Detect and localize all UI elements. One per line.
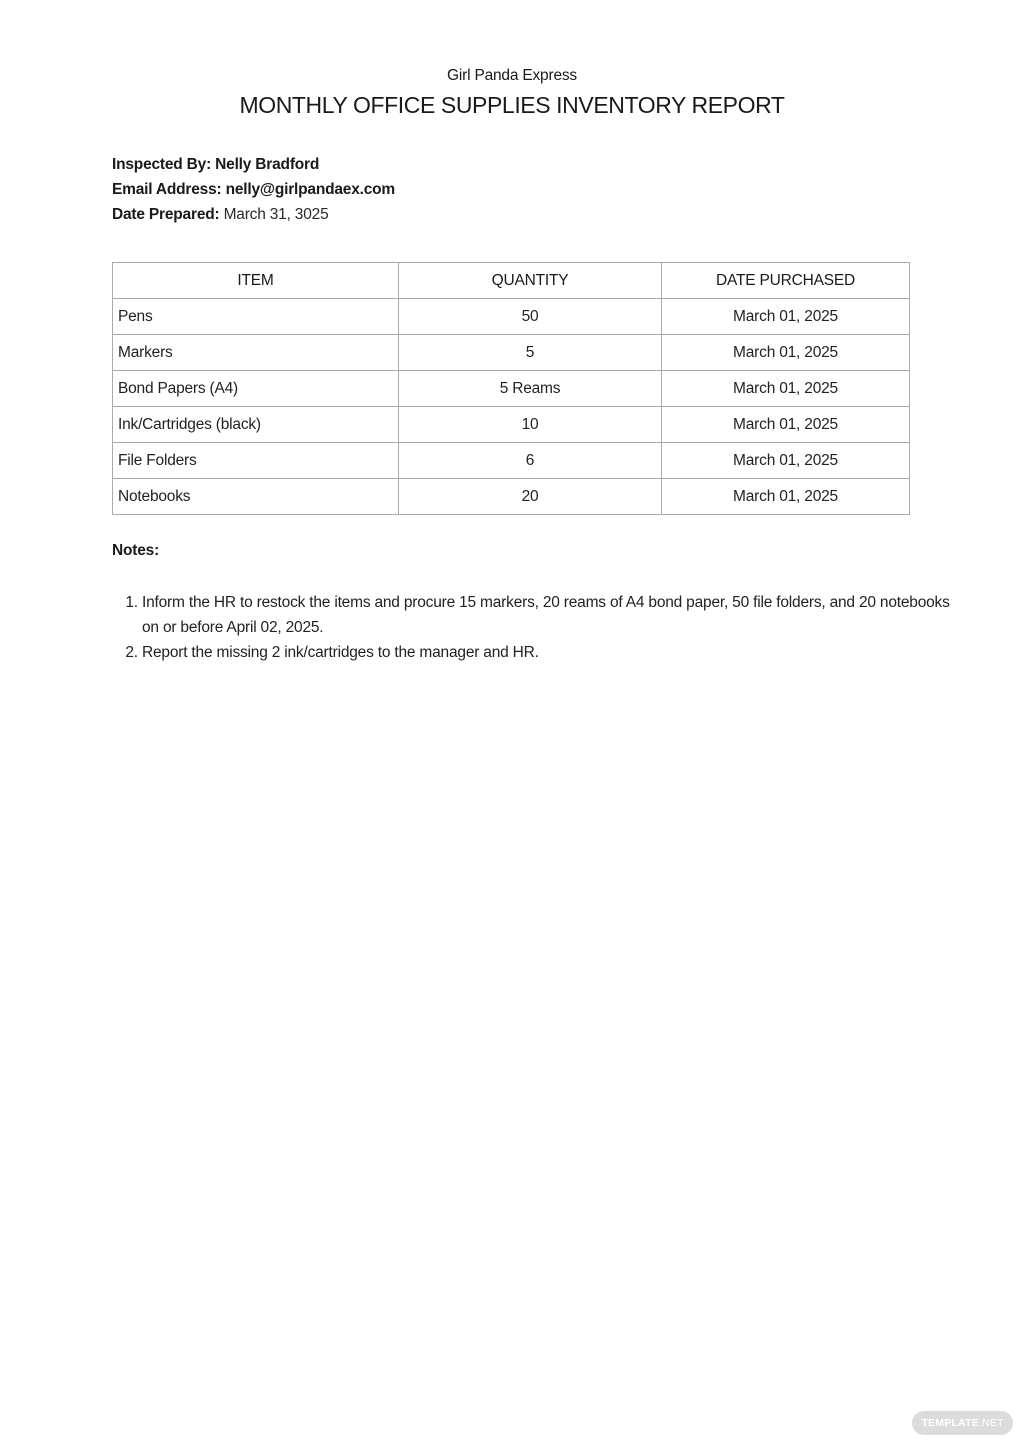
notes-heading: Notes: bbox=[112, 542, 159, 560]
cell-date-purchased: March 01, 2025 bbox=[662, 479, 910, 515]
email-label: Email Address: bbox=[112, 181, 221, 198]
date-prepared-value: March 31, 3025 bbox=[224, 206, 329, 223]
email-row: Email Address: nelly@girlpandaex.com bbox=[112, 177, 395, 202]
table-row: File Folders6March 01, 2025 bbox=[113, 443, 910, 479]
cell-item: File Folders bbox=[113, 443, 399, 479]
inspected-by-row: Inspected By: Nelly Bradford bbox=[112, 152, 395, 177]
cell-item: Pens bbox=[113, 299, 399, 335]
cell-item: Markers bbox=[113, 335, 399, 371]
note-item: Inform the HR to restock the items and p… bbox=[142, 590, 952, 640]
cell-quantity: 5 bbox=[399, 335, 662, 371]
notes-list: Inform the HR to restock the items and p… bbox=[112, 590, 952, 665]
cell-quantity: 6 bbox=[399, 443, 662, 479]
inspected-by-label: Inspected By: bbox=[112, 156, 211, 173]
table-row: Bond Papers (A4)5 ReamsMarch 01, 2025 bbox=[113, 371, 910, 407]
cell-quantity: 20 bbox=[399, 479, 662, 515]
cell-quantity: 50 bbox=[399, 299, 662, 335]
date-prepared-label: Date Prepared: bbox=[112, 206, 219, 223]
company-name: Girl Panda Express bbox=[0, 67, 1024, 85]
column-header-item: ITEM bbox=[113, 263, 399, 299]
table-row: Pens50March 01, 2025 bbox=[113, 299, 910, 335]
column-header-date-purchased: DATE PURCHASED bbox=[662, 263, 910, 299]
note-item: Report the missing 2 ink/cartridges to t… bbox=[142, 640, 952, 665]
table-row: Notebooks20March 01, 2025 bbox=[113, 479, 910, 515]
cell-date-purchased: March 01, 2025 bbox=[662, 335, 910, 371]
table-row: Ink/Cartridges (black)10March 01, 2025 bbox=[113, 407, 910, 443]
table-row: Markers5March 01, 2025 bbox=[113, 335, 910, 371]
email-value: nelly@girlpandaex.com bbox=[226, 181, 395, 198]
cell-date-purchased: March 01, 2025 bbox=[662, 443, 910, 479]
inspected-by-value: Nelly Bradford bbox=[215, 156, 319, 173]
cell-item: Notebooks bbox=[113, 479, 399, 515]
page-title: MONTHLY OFFICE SUPPLIES INVENTORY REPORT bbox=[0, 92, 1024, 119]
template-net-watermark: TEMPLATE.NET bbox=[912, 1411, 1013, 1435]
cell-date-purchased: March 01, 2025 bbox=[662, 407, 910, 443]
watermark-light: .NET bbox=[979, 1417, 1004, 1429]
cell-quantity: 5 Reams bbox=[399, 371, 662, 407]
report-meta: Inspected By: Nelly Bradford Email Addre… bbox=[112, 152, 395, 227]
column-header-quantity: QUANTITY bbox=[399, 263, 662, 299]
table-header-row: ITEM QUANTITY DATE PURCHASED bbox=[113, 263, 910, 299]
date-prepared-row: Date Prepared: March 31, 3025 bbox=[112, 202, 395, 227]
watermark-bold: TEMPLATE bbox=[921, 1417, 978, 1429]
cell-item: Bond Papers (A4) bbox=[113, 371, 399, 407]
cell-quantity: 10 bbox=[399, 407, 662, 443]
cell-date-purchased: March 01, 2025 bbox=[662, 299, 910, 335]
inventory-table: ITEM QUANTITY DATE PURCHASED Pens50March… bbox=[112, 262, 910, 515]
cell-item: Ink/Cartridges (black) bbox=[113, 407, 399, 443]
cell-date-purchased: March 01, 2025 bbox=[662, 371, 910, 407]
